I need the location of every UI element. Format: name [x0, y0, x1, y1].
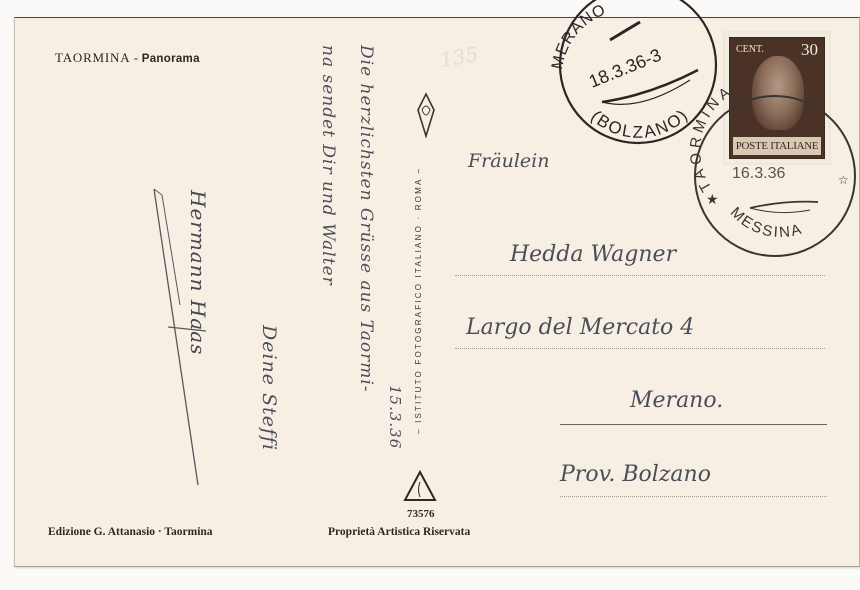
address-line-4 — [560, 496, 827, 497]
card-title-place: TAORMINA — [55, 50, 130, 65]
message-line-1: Die herzlichsten Grüsse aus Taormi- — [356, 45, 376, 515]
postmark-taormina-region: MESSINA — [727, 204, 805, 241]
svg-text:(BOLZANO): (BOLZANO) — [587, 105, 692, 142]
star-icon: ★ — [706, 193, 719, 208]
star-icon: ☆ — [838, 173, 849, 187]
address-salutation: Fräulein — [468, 150, 549, 172]
svg-text:MERANO: MERANO — [549, 1, 609, 71]
message-date: 15.3.36 — [386, 385, 404, 449]
triangle-logo-icon — [403, 470, 437, 502]
postmark-merano-date: 18.3.36-3 — [586, 45, 664, 92]
address-line-1 — [455, 275, 825, 276]
svg-text:TAORMINA: TAORMINA — [690, 88, 737, 195]
postmark-merano-place: MERANO — [549, 1, 609, 71]
publisher-credit: Edizione G. Attanasio · Taormina — [48, 526, 213, 538]
rights-notice: Proprietà Artistica Riservata — [328, 526, 470, 538]
publisher-logo-icon — [415, 92, 437, 140]
address-province: Prov. Bolzano — [560, 462, 711, 487]
postmark-taormina-date: 16.3.36 — [732, 165, 785, 182]
card-title-separator: - — [134, 51, 138, 65]
stamp-unit: CENT. — [736, 44, 764, 55]
signature-steffi: Deine Steffi — [258, 325, 280, 451]
address-line-3 — [560, 424, 827, 425]
postmark-taormina-place: TAORMINA — [690, 88, 737, 195]
publisher-imprint: – ISTITUTO FOTOGRAFICO ITALIANO · ROMA – — [414, 150, 428, 450]
address-street: Largo del Mercato 4 — [466, 315, 694, 340]
address-city: Merano. — [630, 388, 723, 413]
stamp-value: 30 — [801, 40, 818, 60]
postmark-merano-region: (BOLZANO) — [587, 105, 692, 142]
card-subtitle: Panorama — [142, 53, 200, 65]
svg-text:MESSINA: MESSINA — [727, 204, 805, 241]
signature-flourish — [150, 185, 210, 495]
card-title: TAORMINA - Panorama — [55, 50, 200, 66]
serial-number: 73576 — [407, 508, 435, 520]
postmark-taormina: TAORMINA MESSINA 16.3.36 ★ ☆ — [690, 88, 860, 263]
address-name: Hedda Wagner — [510, 242, 676, 267]
message-line-2: na sendet Dir und Walter — [318, 45, 338, 515]
address-line-2 — [455, 348, 825, 349]
